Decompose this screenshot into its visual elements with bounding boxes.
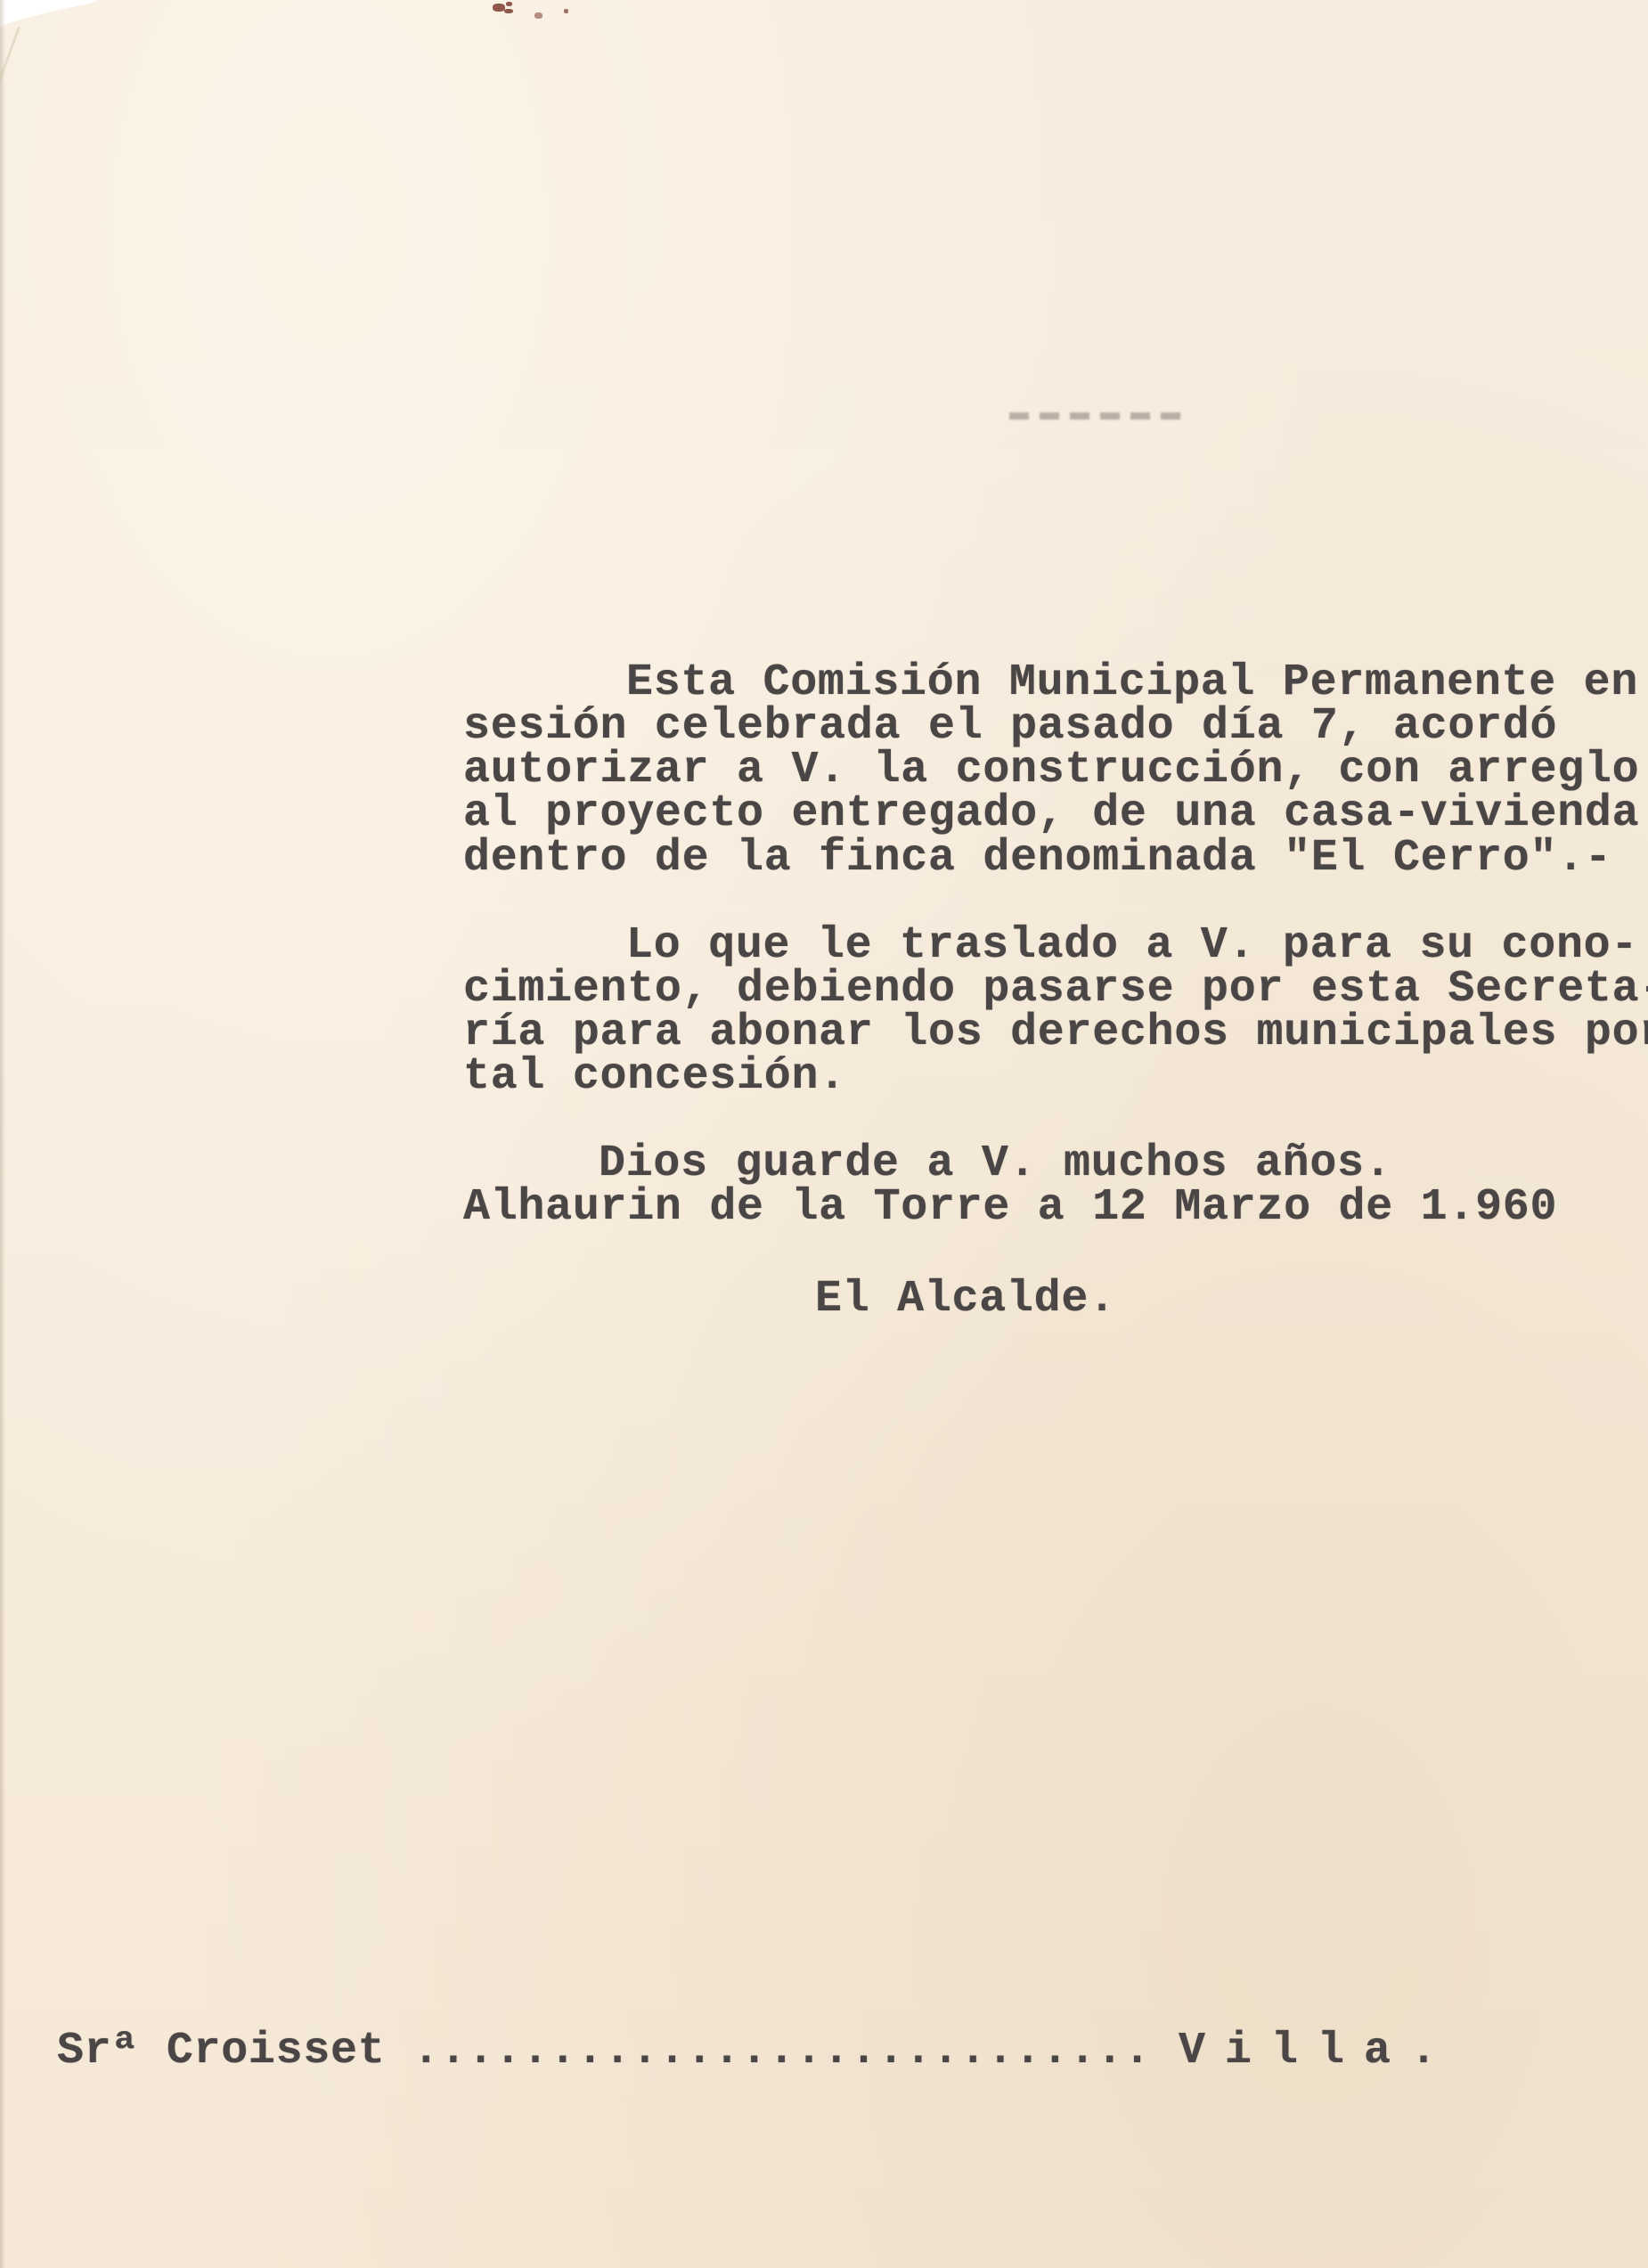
ink-stain (506, 2, 512, 6)
text-line: sesión celebrada el pasado día 7, acordó (463, 705, 1557, 748)
text-line: tal concesión. (463, 1055, 846, 1098)
text-line: al proyecto entregado, de una casa-vivie… (463, 792, 1639, 836)
place-and-date: Alhaurin de la Torre a 12 Marzo de 1.960 (463, 1186, 1557, 1229)
ink-stain (534, 12, 543, 19)
paper-left-edge (0, 0, 5, 2268)
torn-corner (0, 0, 98, 36)
addressee-line: Srª Croisset ...........................… (57, 2029, 1456, 2073)
ink-stain (504, 9, 513, 13)
letter-page: Esta Comisión Municipal Permanente en se… (0, 0, 1648, 2268)
closing-salutation: Dios guarde a V. muchos años. (599, 1142, 1391, 1186)
text-line: cimiento, debiendo pasarse por esta Secr… (463, 967, 1648, 1011)
text-line: Esta Comisión Municipal Permanente en (626, 661, 1638, 705)
addressee-location: Villa. (1179, 2026, 1456, 2076)
text-line: autorizar a V. la construcción, con arre… (463, 748, 1639, 792)
text-line: Lo que le traslado a V. para su cono- (626, 924, 1638, 967)
addressee-name: Srª Croisset (57, 2026, 385, 2076)
ink-stain (493, 4, 505, 12)
leader-dots: ........................... (412, 2026, 1151, 2076)
text-line: dentro de la finca denominada "El Cerro"… (463, 836, 1612, 880)
faint-smudge-mark (1009, 412, 1183, 420)
ink-stain (564, 9, 568, 13)
signatory-title: El Alcalde. (815, 1277, 1116, 1321)
text-line: ría para abonar los derechos municipales… (463, 1011, 1648, 1055)
